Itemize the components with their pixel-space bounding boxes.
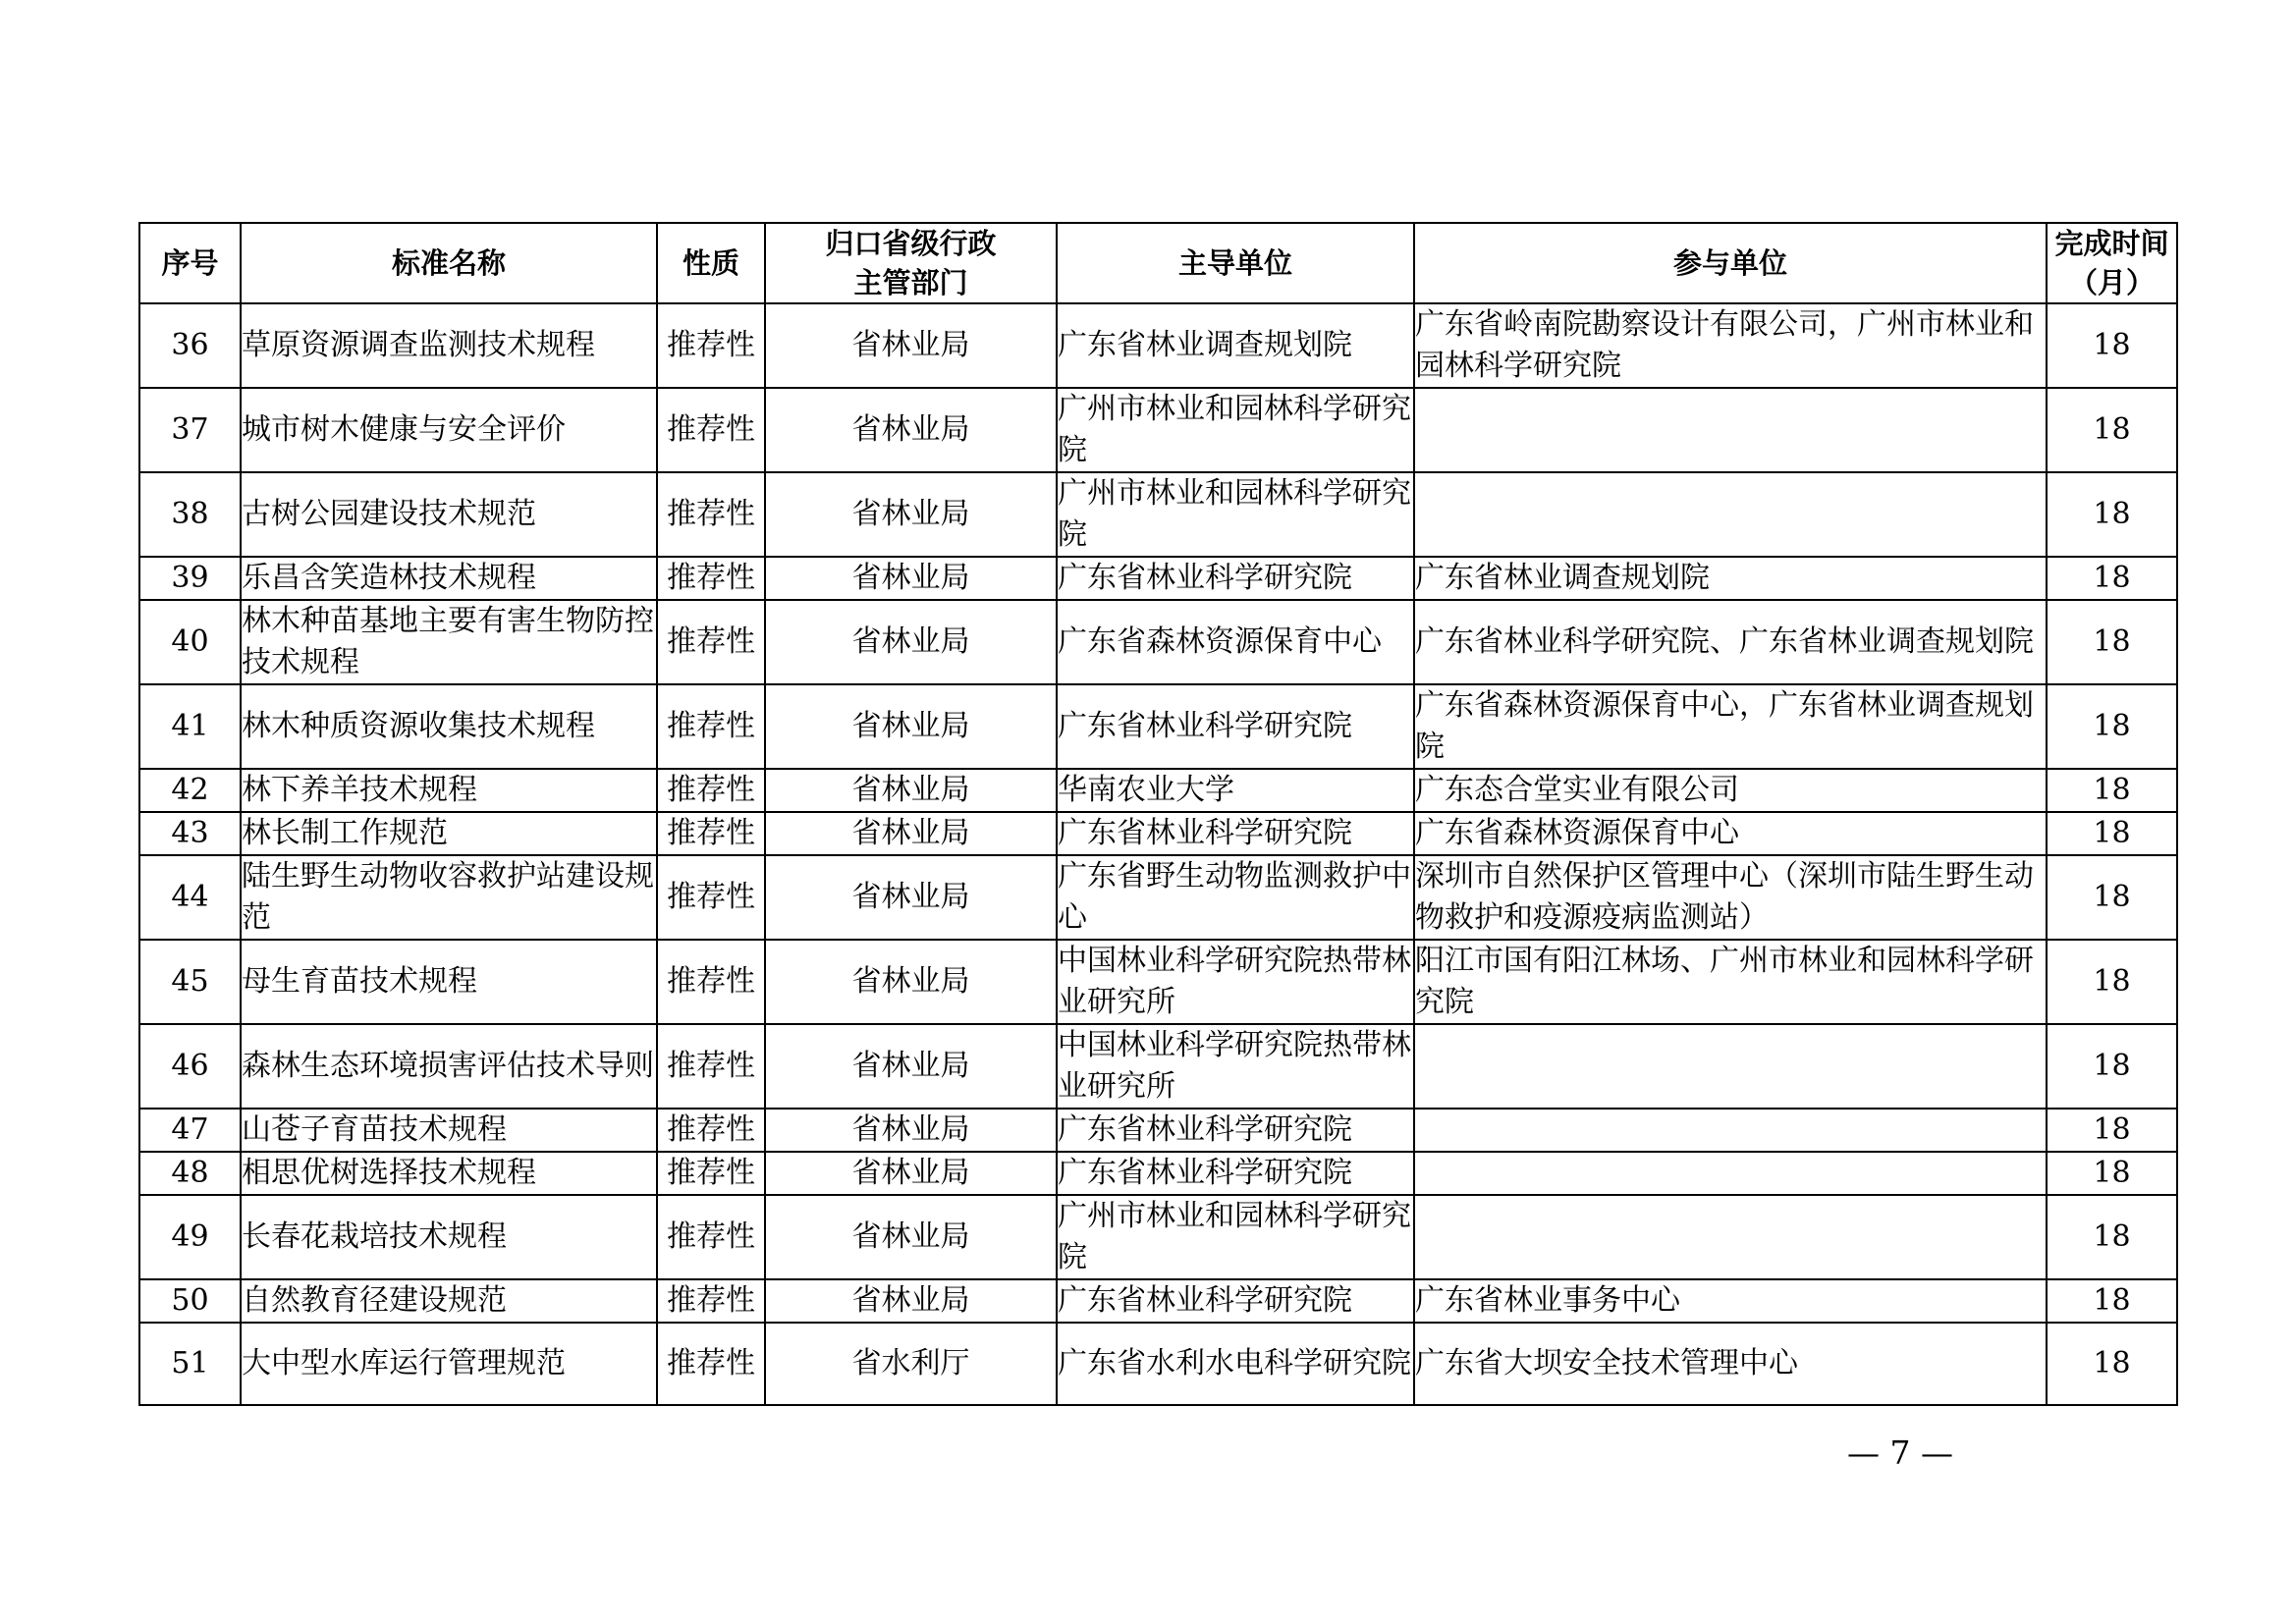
cell-participants: 广东省大坝安全技术管理中心 bbox=[1414, 1323, 2047, 1405]
cell-lead-unit: 广东省林业科学研究院 bbox=[1057, 1152, 1414, 1195]
cell-nature: 推荐性 bbox=[657, 1323, 765, 1405]
cell-participants: 广东态合堂实业有限公司 bbox=[1414, 769, 2047, 812]
cell-completion-time: 18 bbox=[2047, 1195, 2177, 1279]
header-completion-time: 完成时间 （月） bbox=[2047, 223, 2177, 303]
cell-participants: 阳江市国有阳江林场、广州市林业和园林科学研究院 bbox=[1414, 940, 2047, 1024]
cell-index: 44 bbox=[139, 855, 241, 940]
cell-department: 省林业局 bbox=[765, 1152, 1057, 1195]
cell-standard-name: 相思优树选择技术规程 bbox=[241, 1152, 657, 1195]
cell-nature: 推荐性 bbox=[657, 388, 765, 472]
cell-completion-time: 18 bbox=[2047, 303, 2177, 388]
cell-nature: 推荐性 bbox=[657, 855, 765, 940]
cell-lead-unit: 广东省野生动物监测救护中心 bbox=[1057, 855, 1414, 940]
cell-completion-time: 18 bbox=[2047, 1024, 2177, 1109]
table-row: 41 林木种质资源收集技术规程 推荐性 省林业局 广东省林业科学研究院 广东省森… bbox=[139, 684, 2177, 769]
header-standard-name: 标准名称 bbox=[241, 223, 657, 303]
header-department-line2: 主管部门 bbox=[766, 263, 1056, 302]
cell-lead-unit: 广东省森林资源保育中心 bbox=[1057, 600, 1414, 684]
table-row: 43 林长制工作规范 推荐性 省林业局 广东省林业科学研究院 广东省森林资源保育… bbox=[139, 812, 2177, 855]
header-participants: 参与单位 bbox=[1414, 223, 2047, 303]
cell-participants bbox=[1414, 388, 2047, 472]
header-completion-time-line2: （月） bbox=[2048, 263, 2176, 302]
table-row: 51 大中型水库运行管理规范 推荐性 省水利厅 广东省水利水电科学研究院 广东省… bbox=[139, 1323, 2177, 1405]
cell-department: 省林业局 bbox=[765, 684, 1057, 769]
cell-completion-time: 18 bbox=[2047, 1109, 2177, 1152]
cell-index: 40 bbox=[139, 600, 241, 684]
cell-department: 省水利厅 bbox=[765, 1323, 1057, 1405]
cell-standard-name: 林下养羊技术规程 bbox=[241, 769, 657, 812]
table-row: 36 草原资源调查监测技术规程 推荐性 省林业局 广东省林业调查规划院 广东省岭… bbox=[139, 303, 2177, 388]
cell-department: 省林业局 bbox=[765, 472, 1057, 557]
table-row: 47 山苍子育苗技术规程 推荐性 省林业局 广东省林业科学研究院 18 bbox=[139, 1109, 2177, 1152]
cell-lead-unit: 广州市林业和园林科学研究院 bbox=[1057, 472, 1414, 557]
cell-participants: 广东省林业事务中心 bbox=[1414, 1279, 2047, 1323]
cell-completion-time: 18 bbox=[2047, 1152, 2177, 1195]
cell-completion-time: 18 bbox=[2047, 557, 2177, 600]
header-nature: 性质 bbox=[657, 223, 765, 303]
table-row: 38 古树公园建设技术规范 推荐性 省林业局 广州市林业和园林科学研究院 18 bbox=[139, 472, 2177, 557]
header-department-line1: 归口省级行政 bbox=[766, 224, 1056, 263]
cell-participants bbox=[1414, 1109, 2047, 1152]
table-row: 46 森林生态环境损害评估技术导则 推荐性 省林业局 中国林业科学研究院热带林业… bbox=[139, 1024, 2177, 1109]
cell-lead-unit: 中国林业科学研究院热带林业研究所 bbox=[1057, 1024, 1414, 1109]
page-number: — 7 — bbox=[1817, 1432, 1984, 1475]
cell-department: 省林业局 bbox=[765, 303, 1057, 388]
cell-standard-name: 林长制工作规范 bbox=[241, 812, 657, 855]
cell-standard-name: 陆生野生动物收容救护站建设规范 bbox=[241, 855, 657, 940]
cell-standard-name: 山苍子育苗技术规程 bbox=[241, 1109, 657, 1152]
cell-lead-unit: 广东省林业科学研究院 bbox=[1057, 557, 1414, 600]
document-page: 序号 标准名称 性质 归口省级行政 主管部门 主导单位 参与单位 完成时间 （月… bbox=[0, 0, 2294, 1624]
cell-completion-time: 18 bbox=[2047, 940, 2177, 1024]
cell-index: 36 bbox=[139, 303, 241, 388]
header-index: 序号 bbox=[139, 223, 241, 303]
cell-participants bbox=[1414, 1195, 2047, 1279]
cell-participants bbox=[1414, 472, 2047, 557]
cell-participants: 广东省森林资源保育中心 bbox=[1414, 812, 2047, 855]
cell-department: 省林业局 bbox=[765, 1279, 1057, 1323]
cell-nature: 推荐性 bbox=[657, 1279, 765, 1323]
cell-department: 省林业局 bbox=[765, 600, 1057, 684]
cell-completion-time: 18 bbox=[2047, 812, 2177, 855]
cell-nature: 推荐性 bbox=[657, 472, 765, 557]
cell-nature: 推荐性 bbox=[657, 1152, 765, 1195]
cell-department: 省林业局 bbox=[765, 1109, 1057, 1152]
cell-lead-unit: 中国林业科学研究院热带林业研究所 bbox=[1057, 940, 1414, 1024]
cell-standard-name: 林木种质资源收集技术规程 bbox=[241, 684, 657, 769]
cell-completion-time: 18 bbox=[2047, 1323, 2177, 1405]
cell-participants: 深圳市自然保护区管理中心（深圳市陆生野生动物救护和疫源疫病监测站） bbox=[1414, 855, 2047, 940]
table-row: 44 陆生野生动物收容救护站建设规范 推荐性 省林业局 广东省野生动物监测救护中… bbox=[139, 855, 2177, 940]
cell-nature: 推荐性 bbox=[657, 769, 765, 812]
cell-standard-name: 城市树木健康与安全评价 bbox=[241, 388, 657, 472]
cell-department: 省林业局 bbox=[765, 388, 1057, 472]
cell-nature: 推荐性 bbox=[657, 1109, 765, 1152]
cell-nature: 推荐性 bbox=[657, 303, 765, 388]
cell-completion-time: 18 bbox=[2047, 600, 2177, 684]
cell-completion-time: 18 bbox=[2047, 855, 2177, 940]
cell-department: 省林业局 bbox=[765, 940, 1057, 1024]
cell-participants: 广东省林业科学研究院、广东省林业调查规划院 bbox=[1414, 600, 2047, 684]
cell-completion-time: 18 bbox=[2047, 472, 2177, 557]
cell-index: 51 bbox=[139, 1323, 241, 1405]
cell-standard-name: 大中型水库运行管理规范 bbox=[241, 1323, 657, 1405]
header-completion-time-line1: 完成时间 bbox=[2048, 224, 2176, 263]
cell-department: 省林业局 bbox=[765, 1024, 1057, 1109]
table-row: 37 城市树木健康与安全评价 推荐性 省林业局 广州市林业和园林科学研究院 18 bbox=[139, 388, 2177, 472]
table-row: 42 林下养羊技术规程 推荐性 省林业局 华南农业大学 广东态合堂实业有限公司 … bbox=[139, 769, 2177, 812]
cell-lead-unit: 华南农业大学 bbox=[1057, 769, 1414, 812]
cell-standard-name: 母生育苗技术规程 bbox=[241, 940, 657, 1024]
cell-standard-name: 长春花栽培技术规程 bbox=[241, 1195, 657, 1279]
table-row: 49 长春花栽培技术规程 推荐性 省林业局 广州市林业和园林科学研究院 18 bbox=[139, 1195, 2177, 1279]
cell-lead-unit: 广东省林业科学研究院 bbox=[1057, 812, 1414, 855]
cell-nature: 推荐性 bbox=[657, 684, 765, 769]
cell-nature: 推荐性 bbox=[657, 1195, 765, 1279]
cell-index: 41 bbox=[139, 684, 241, 769]
table-row: 45 母生育苗技术规程 推荐性 省林业局 中国林业科学研究院热带林业研究所 阳江… bbox=[139, 940, 2177, 1024]
cell-nature: 推荐性 bbox=[657, 557, 765, 600]
cell-index: 38 bbox=[139, 472, 241, 557]
cell-participants: 广东省森林资源保育中心，广东省林业调查规划院 bbox=[1414, 684, 2047, 769]
cell-participants bbox=[1414, 1152, 2047, 1195]
cell-nature: 推荐性 bbox=[657, 940, 765, 1024]
cell-standard-name: 自然教育径建设规范 bbox=[241, 1279, 657, 1323]
cell-standard-name: 乐昌含笑造林技术规程 bbox=[241, 557, 657, 600]
cell-participants: 广东省岭南院勘察设计有限公司，广州市林业和园林科学研究院 bbox=[1414, 303, 2047, 388]
cell-lead-unit: 广东省林业科学研究院 bbox=[1057, 684, 1414, 769]
cell-lead-unit: 广东省林业科学研究院 bbox=[1057, 1279, 1414, 1323]
cell-index: 46 bbox=[139, 1024, 241, 1109]
header-department: 归口省级行政 主管部门 bbox=[765, 223, 1057, 303]
cell-completion-time: 18 bbox=[2047, 1279, 2177, 1323]
cell-lead-unit: 广州市林业和园林科学研究院 bbox=[1057, 1195, 1414, 1279]
cell-index: 48 bbox=[139, 1152, 241, 1195]
cell-nature: 推荐性 bbox=[657, 600, 765, 684]
cell-index: 42 bbox=[139, 769, 241, 812]
cell-department: 省林业局 bbox=[765, 1195, 1057, 1279]
cell-standard-name: 古树公园建设技术规范 bbox=[241, 472, 657, 557]
cell-lead-unit: 广州市林业和园林科学研究院 bbox=[1057, 388, 1414, 472]
table-row: 40 林木种苗基地主要有害生物防控技术规程 推荐性 省林业局 广东省森林资源保育… bbox=[139, 600, 2177, 684]
cell-completion-time: 18 bbox=[2047, 684, 2177, 769]
cell-standard-name: 林木种苗基地主要有害生物防控技术规程 bbox=[241, 600, 657, 684]
cell-department: 省林业局 bbox=[765, 812, 1057, 855]
table-row: 39 乐昌含笑造林技术规程 推荐性 省林业局 广东省林业科学研究院 广东省林业调… bbox=[139, 557, 2177, 600]
cell-department: 省林业局 bbox=[765, 855, 1057, 940]
table-row: 48 相思优树选择技术规程 推荐性 省林业局 广东省林业科学研究院 18 bbox=[139, 1152, 2177, 1195]
cell-participants bbox=[1414, 1024, 2047, 1109]
cell-lead-unit: 广东省林业调查规划院 bbox=[1057, 303, 1414, 388]
header-lead-unit: 主导单位 bbox=[1057, 223, 1414, 303]
cell-index: 49 bbox=[139, 1195, 241, 1279]
cell-lead-unit: 广东省林业科学研究院 bbox=[1057, 1109, 1414, 1152]
cell-department: 省林业局 bbox=[765, 557, 1057, 600]
cell-lead-unit: 广东省水利水电科学研究院 bbox=[1057, 1323, 1414, 1405]
table-header-row: 序号 标准名称 性质 归口省级行政 主管部门 主导单位 参与单位 完成时间 （月… bbox=[139, 223, 2177, 303]
cell-standard-name: 草原资源调查监测技术规程 bbox=[241, 303, 657, 388]
cell-index: 50 bbox=[139, 1279, 241, 1323]
cell-nature: 推荐性 bbox=[657, 1024, 765, 1109]
cell-index: 37 bbox=[139, 388, 241, 472]
cell-index: 47 bbox=[139, 1109, 241, 1152]
cell-index: 45 bbox=[139, 940, 241, 1024]
cell-completion-time: 18 bbox=[2047, 388, 2177, 472]
cell-department: 省林业局 bbox=[765, 769, 1057, 812]
standards-table: 序号 标准名称 性质 归口省级行政 主管部门 主导单位 参与单位 完成时间 （月… bbox=[138, 222, 2178, 1406]
cell-index: 43 bbox=[139, 812, 241, 855]
cell-nature: 推荐性 bbox=[657, 812, 765, 855]
cell-participants: 广东省林业调查规划院 bbox=[1414, 557, 2047, 600]
cell-standard-name: 森林生态环境损害评估技术导则 bbox=[241, 1024, 657, 1109]
table-row: 50 自然教育径建设规范 推荐性 省林业局 广东省林业科学研究院 广东省林业事务… bbox=[139, 1279, 2177, 1323]
cell-completion-time: 18 bbox=[2047, 769, 2177, 812]
cell-index: 39 bbox=[139, 557, 241, 600]
